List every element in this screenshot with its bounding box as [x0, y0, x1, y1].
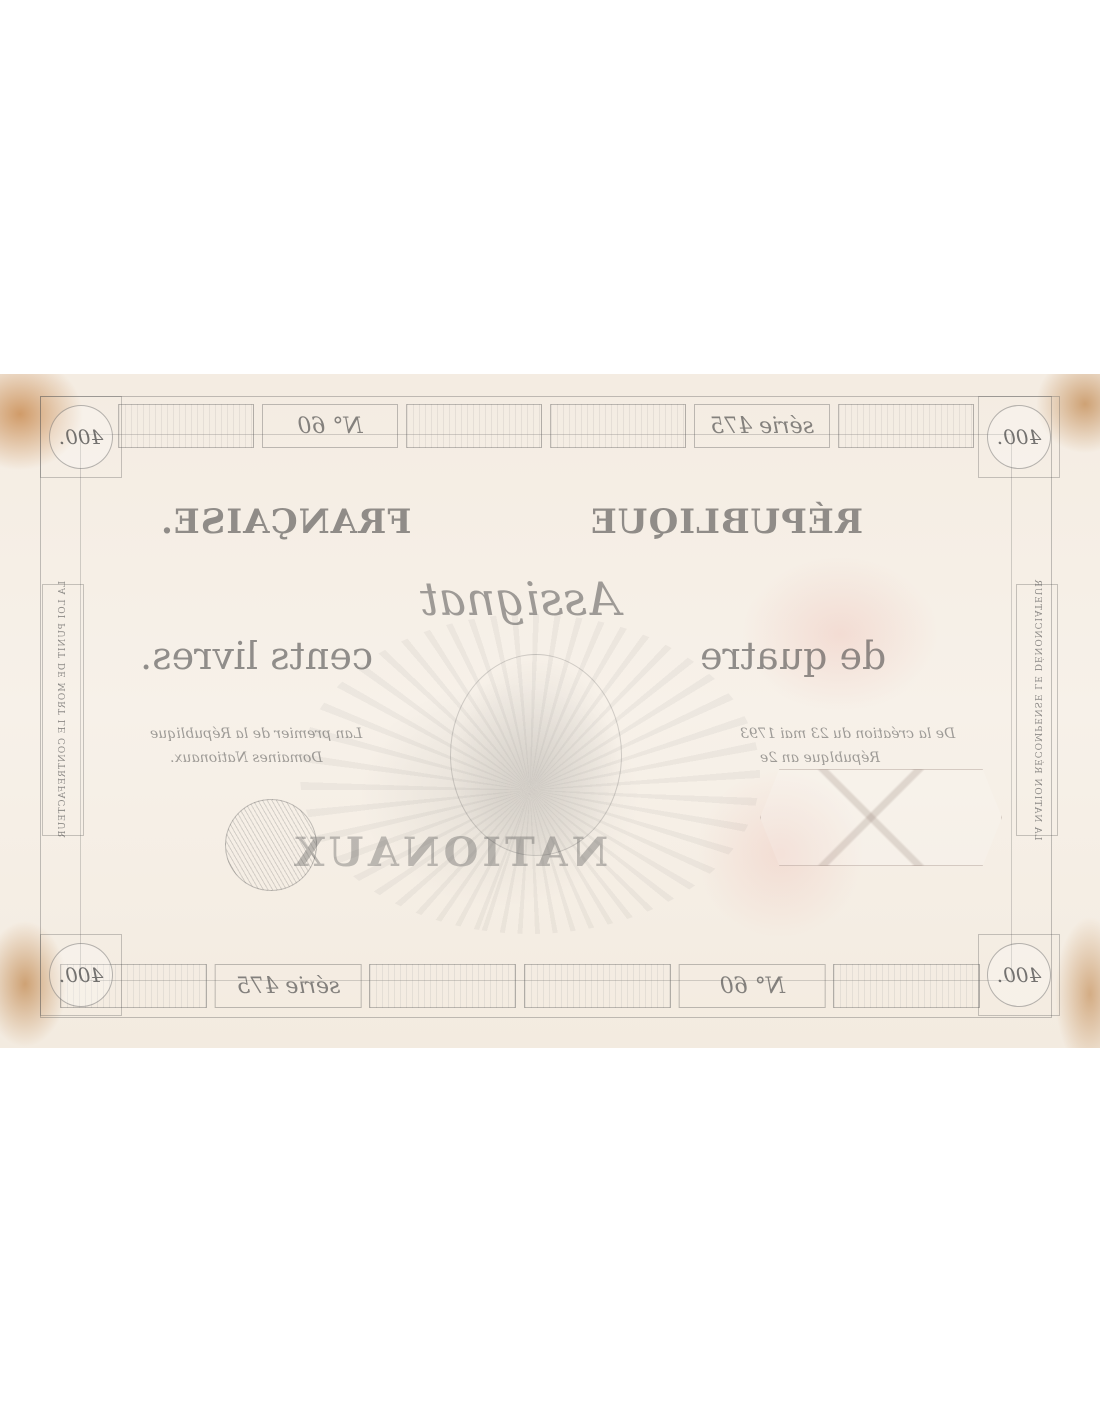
corner-medal-bottom-left: 400. [40, 934, 122, 1016]
bottom-band: série 475 N° 60 [60, 964, 980, 1008]
band-cell [369, 964, 516, 1008]
value-medal: 400. [987, 943, 1051, 1007]
side-panel-right: LA NATION RÉCOMPENSE LE DÉNONCIATEUR [1016, 584, 1058, 836]
inscription-right-1: De la création du 23 mai 1793 [740, 726, 955, 742]
band-cell [406, 404, 542, 448]
band-cell [833, 964, 980, 1008]
embossed-seal [760, 769, 1002, 866]
top-band: N° 60 série 475 [118, 404, 974, 448]
band-cell [524, 964, 671, 1008]
title-republique: RÉPUBLIQUE [590, 502, 863, 542]
band-cell [118, 404, 254, 448]
corner-medal-top-right: 400. [978, 396, 1060, 478]
value-medal: 400. [49, 405, 113, 469]
top-series: série 475 [694, 404, 830, 448]
band-cell [550, 404, 686, 448]
band-cell [838, 404, 974, 448]
script-assignat: Assignat [420, 572, 620, 626]
inscription-left-1: Lan premier de la République [150, 726, 362, 742]
side-panel-left: LA LOI PUNIT DE MORT LE CONTREFACTEUR [42, 584, 84, 836]
denomination-left: cents livres. [140, 634, 373, 678]
inscription-right-2: Républque an 2e [760, 750, 880, 766]
value-medal: 400. [49, 943, 113, 1007]
corner-medal-bottom-right: 400. [978, 934, 1060, 1016]
denomination-right: de quatre [700, 634, 886, 678]
banknote-scan: N° 60 série 475 série 475 N° 60 400. 400… [0, 374, 1100, 1048]
side-text-right: LA NATION RÉCOMPENSE LE DÉNONCIATEUR [1032, 579, 1042, 841]
side-text-left: LA LOI PUNIT DE MORT LE CONTREFACTEUR [58, 581, 68, 838]
corner-medal-top-left: 400. [40, 396, 122, 478]
inscription-left-2: Domaines Nationaux. [170, 750, 323, 766]
inscription-bottom-large: NATIONAUX [290, 829, 608, 876]
title-francaise: FRANÇAISE. [160, 502, 412, 542]
bottom-number: N° 60 [679, 964, 826, 1008]
bottom-series: série 475 [215, 964, 362, 1008]
value-medal: 400. [987, 405, 1051, 469]
top-number: N° 60 [262, 404, 398, 448]
portrait-medallion [450, 654, 622, 856]
